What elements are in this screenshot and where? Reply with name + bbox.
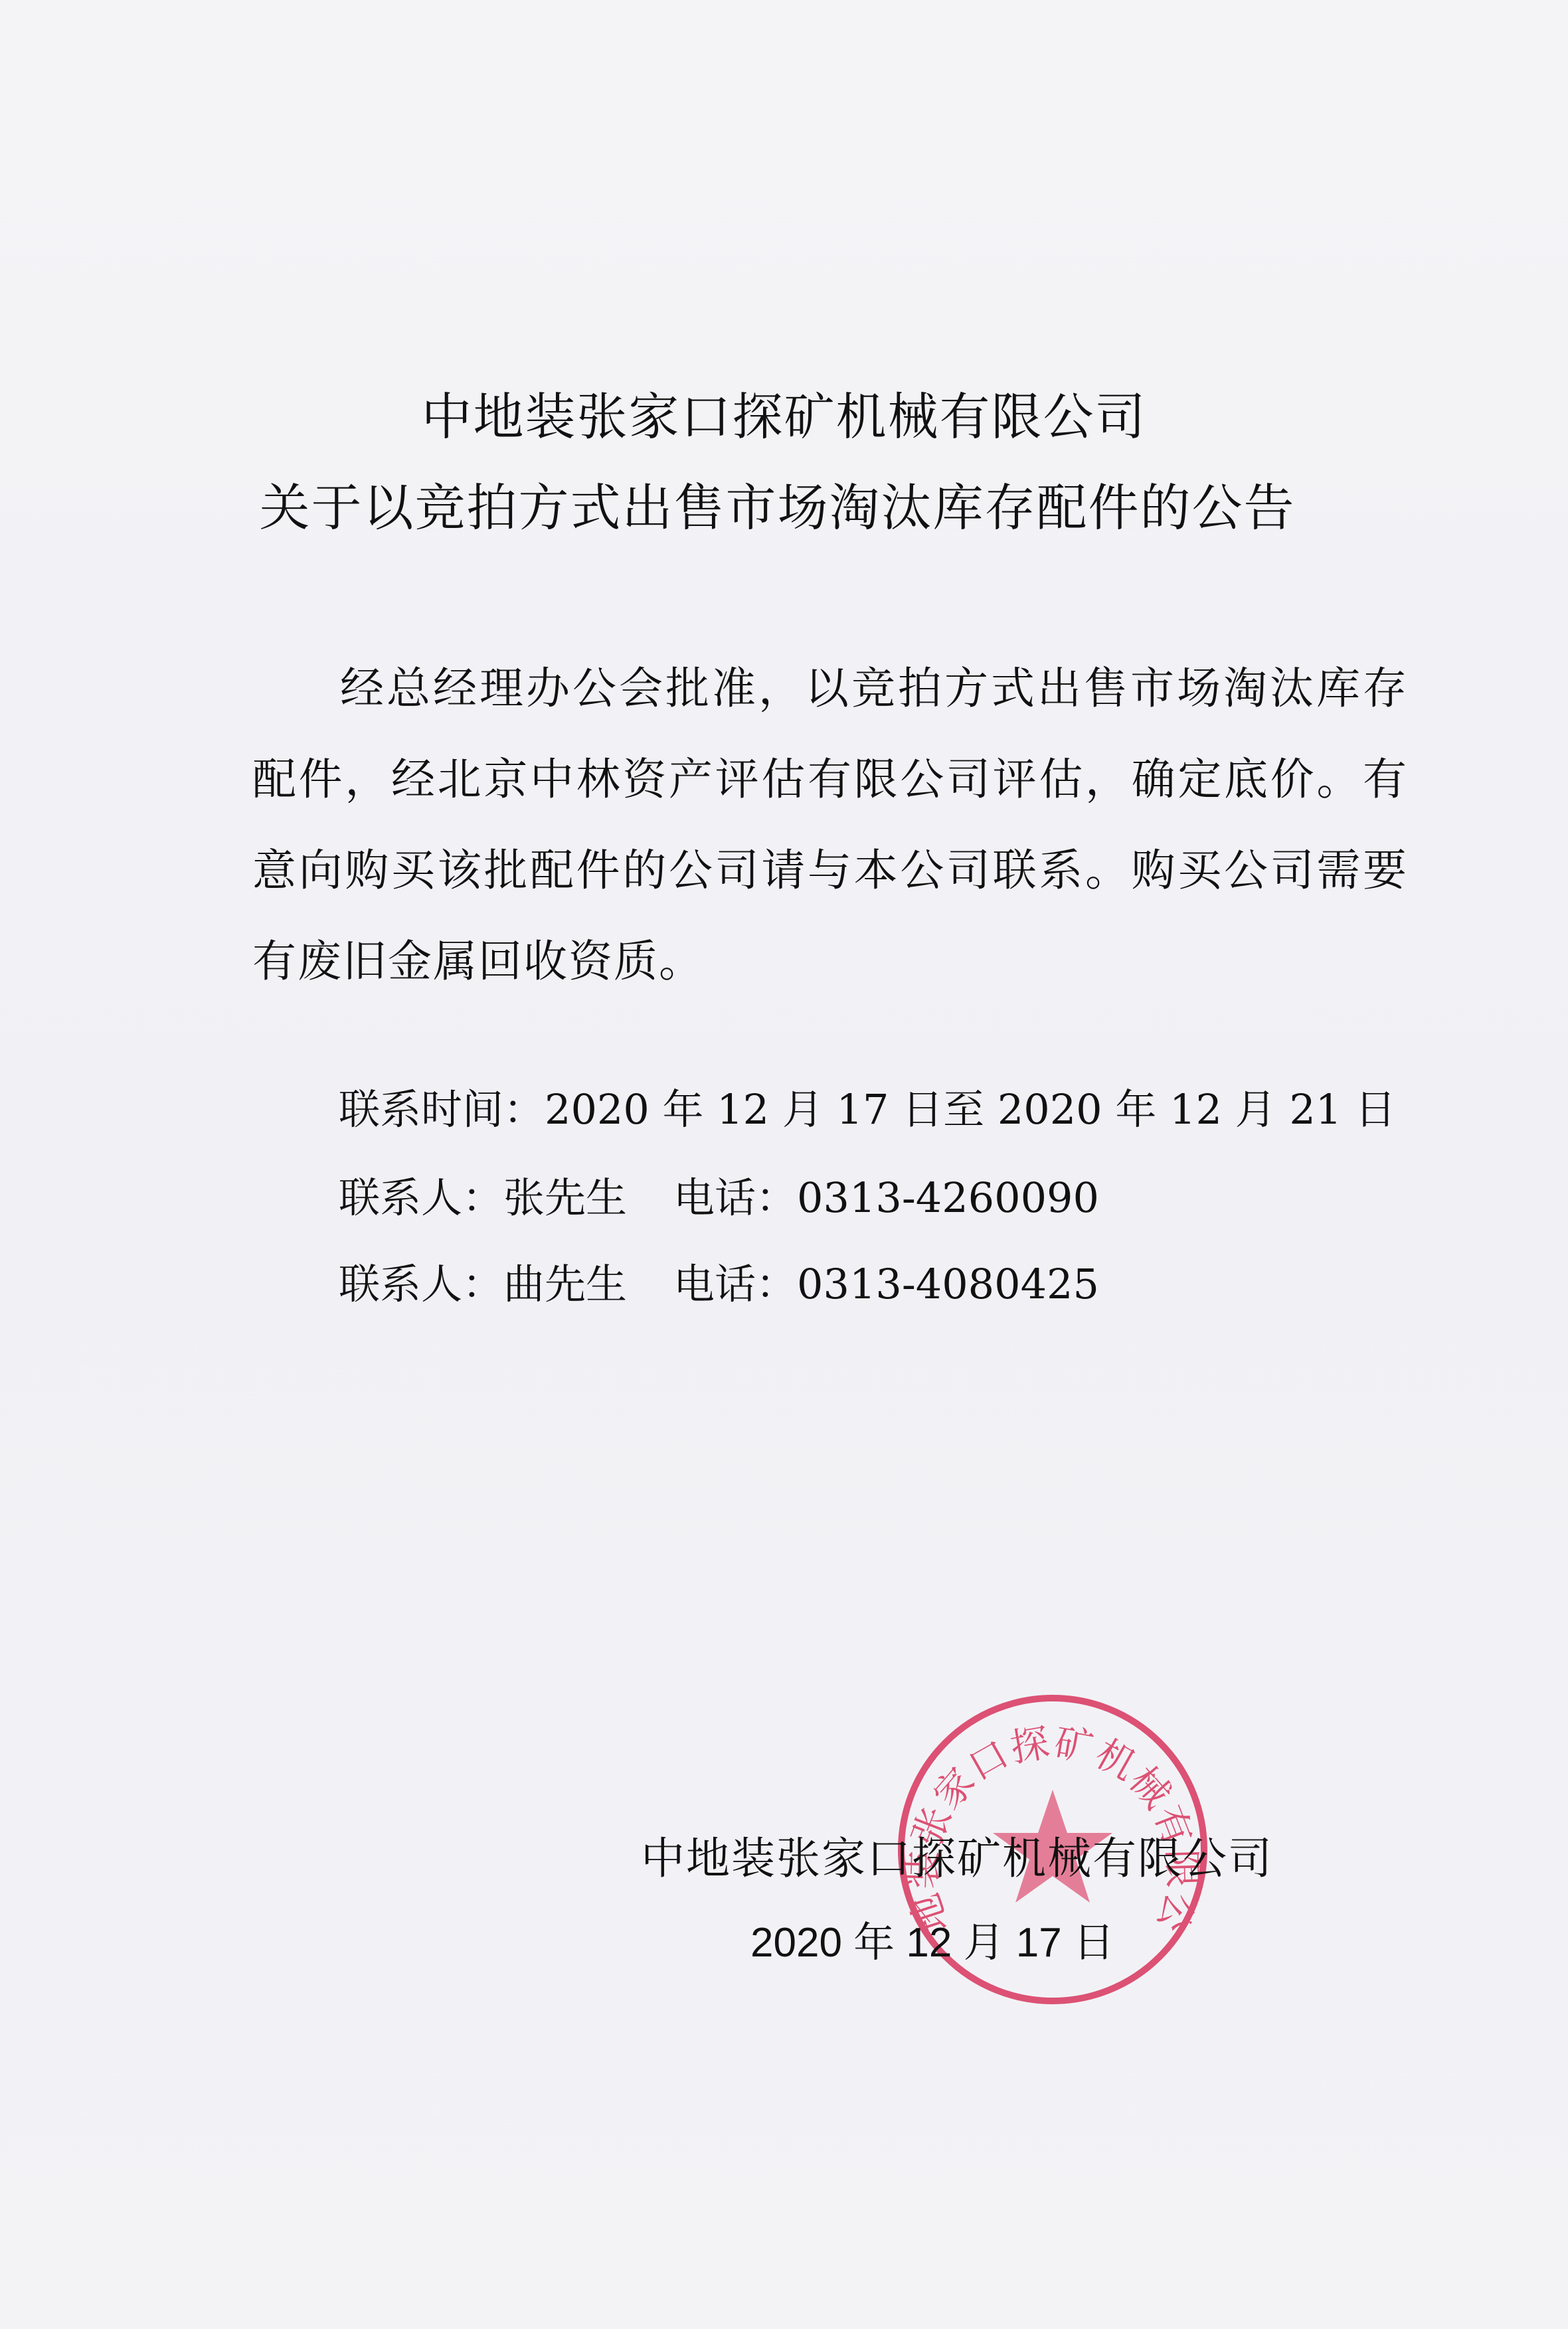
contact-name: 曲先生	[503, 1260, 627, 1308]
contact-person-1: 联系人：张先生电话：0313-4260090	[339, 1177, 1099, 1219]
contact-label: 联系人：	[339, 1260, 503, 1308]
phone-number: 0313-4260090	[797, 1173, 1099, 1222]
contact-person-2: 联系人：曲先生电话：0313-4080425	[339, 1264, 1099, 1305]
signature-date: 2020 年 12 月 17 日	[750, 1909, 1114, 1968]
contact-time-value: 2020 年 12 月 17 日至 2020 年 12 月 21 日	[545, 1085, 1396, 1134]
contact-label: 联系人：	[339, 1173, 503, 1222]
document-title-subject: 关于以竞拍方式出售市场淘汰库存配件的公告	[0, 483, 1561, 533]
phone-label: 电话：	[673, 1260, 797, 1308]
phone-label: 电话：	[673, 1173, 797, 1222]
contact-time: 联系时间：2020 年 12 月 17 日至 2020 年 12 月 21 日	[339, 1089, 1396, 1130]
contact-time-label: 联系时间：	[339, 1085, 545, 1134]
contact-name: 张先生	[503, 1173, 627, 1222]
phone-number: 0313-4080425	[797, 1260, 1099, 1308]
body-paragraph: 经总经理办公会批准，以竞拍方式出售市场淘汰库存配件，经北京中林资产评估有限公司评…	[252, 643, 1408, 1007]
signature-company: 中地装张家口探矿机械有限公司	[641, 1823, 1273, 1886]
document-page: 中地装张家口探矿机械有限公司 关于以竞拍方式出售市场淘汰库存配件的公告 经总经理…	[0, 0, 1568, 2329]
document-title-company: 中地装张家口探矿机械有限公司	[0, 392, 1568, 442]
